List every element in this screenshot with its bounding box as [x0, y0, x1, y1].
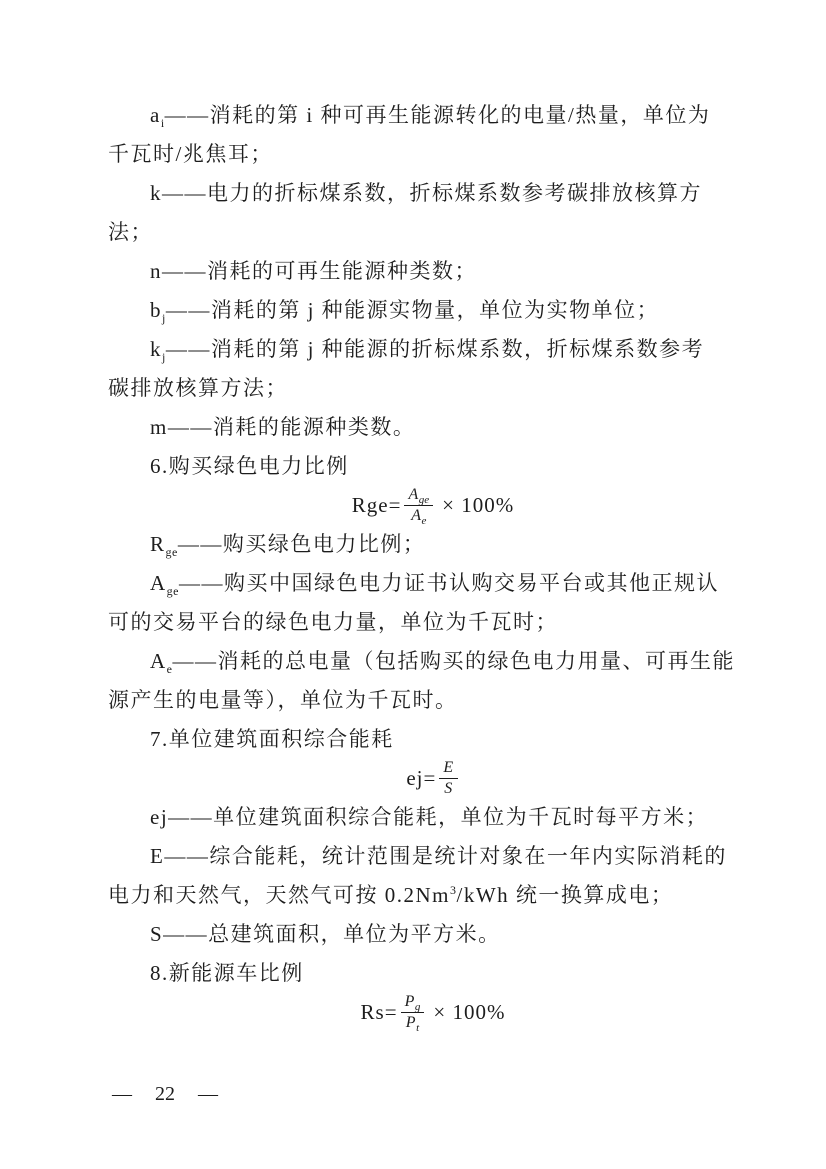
def-line-ae: Ae——消耗的总电量（包括购买的绿色电力用量、可再生能	[108, 642, 758, 681]
def-line-e: E——综合能耗，统计范围是统计对象在一年内实际消耗的	[108, 837, 758, 876]
text-run: n——消耗的可再生能源种类数；	[150, 259, 477, 283]
text-run: 电力和天然气，天然气可按 0.2Nm	[108, 883, 450, 907]
fraction: ES	[439, 758, 457, 799]
def-line-m: m——消耗的能源种类数。	[108, 408, 758, 447]
text-run: ——消耗的第 j 种能源实物量，单位为实物单位；	[166, 298, 659, 322]
section-heading-6: 6.购买绿色电力比例	[108, 447, 758, 486]
subscript-run: ge	[167, 584, 179, 598]
text-run: ej——单位建筑面积综合能耗，单位为千瓦时每平方米；	[150, 805, 708, 829]
def-line-e-cont: 电力和天然气，天然气可按 0.2Nm3/kWh 统一换算成电；	[108, 876, 758, 915]
def-line-bj: bj——消耗的第 j 种能源实物量，单位为实物单位；	[108, 291, 758, 330]
fraction-denominator: Ae	[407, 506, 430, 526]
def-line-age: Age——购买中国绿色电力证书认购交易平台或其他正规认	[108, 564, 758, 603]
text-run: ——消耗的总电量（包括购买的绿色电力用量、可再生能	[173, 649, 736, 673]
formula-rhs: × 100%	[442, 486, 514, 525]
text-run: R	[150, 532, 166, 556]
formula-energy-per-area: ej=ES	[108, 759, 758, 798]
text-run: E——综合能耗，统计范围是统计对象在一年内实际消耗的	[150, 844, 727, 868]
def-line-ae-cont: 源产生的电量等），单位为千瓦时。	[108, 681, 758, 720]
text-run: 法；	[108, 220, 153, 244]
fraction-numerator: Age	[404, 485, 433, 506]
text-run: ——消耗的第 j 种能源的折标煤系数，折标煤系数参考	[166, 337, 704, 361]
page-footer: — 22 —	[112, 1083, 218, 1106]
numerator-subscript: ge	[419, 494, 429, 506]
footer-dash-left: —	[112, 1083, 132, 1106]
text-run: m——消耗的能源种类数。	[150, 415, 415, 439]
document-body: ai——消耗的第 i 种可再生能源转化的电量/热量，单位为千瓦时/兆焦耳；k——…	[108, 96, 758, 1032]
formula-lhs: Rs=	[361, 993, 398, 1032]
text-run: k——电力的折标煤系数，折标煤系数参考碳排放核算方	[150, 181, 702, 205]
denominator-subscript: t	[416, 1022, 419, 1034]
text-run: /kWh 统一换算成电；	[457, 883, 674, 907]
page-number: 22	[155, 1083, 175, 1106]
text-run: 6.购买绿色电力比例	[150, 454, 349, 478]
text-run: a	[150, 103, 161, 127]
fraction-denominator: S	[440, 779, 457, 799]
def-line-s: S——总建筑面积，单位为平方米。	[108, 915, 758, 954]
section-heading-7: 7.单位建筑面积综合能耗	[108, 720, 758, 759]
def-line-n: n——消耗的可再生能源种类数；	[108, 252, 758, 291]
text-run: A	[150, 571, 167, 595]
text-run: 千瓦时/兆焦耳；	[108, 142, 273, 166]
text-run: ——购买绿色电力比例；	[178, 532, 426, 556]
def-line-ai: ai——消耗的第 i 种可再生能源转化的电量/热量，单位为	[108, 96, 758, 135]
text-run: b	[150, 298, 162, 322]
footer-dash-right: —	[198, 1083, 218, 1106]
text-run: 可的交易平台的绿色电力量，单位为千瓦时；	[108, 610, 558, 634]
text-run: 8.新能源车比例	[150, 961, 304, 985]
formula-green-power-ratio: Rge=AgeAe× 100%	[108, 486, 758, 525]
def-line-ej: ej——单位建筑面积综合能耗，单位为千瓦时每平方米；	[108, 798, 758, 837]
def-line-rge: Rge——购买绿色电力比例；	[108, 525, 758, 564]
text-run: ——消耗的第 i 种可再生能源转化的电量/热量，单位为	[165, 103, 711, 127]
text-run: 源产生的电量等），单位为千瓦时。	[108, 688, 458, 712]
fraction-numerator: Pg	[401, 992, 425, 1013]
fraction-denominator: Pt	[402, 1013, 423, 1033]
text-run: S——总建筑面积，单位为平方米。	[150, 922, 501, 946]
formula-lhs: Rge=	[352, 486, 402, 525]
def-line-k-cont: 法；	[108, 213, 758, 252]
text-run: ——购买中国绿色电力证书认购交易平台或其他正规认	[179, 571, 719, 595]
fraction: AgeAe	[404, 485, 433, 526]
def-line-k: k——电力的折标煤系数，折标煤系数参考碳排放核算方	[108, 174, 758, 213]
def-line-age-cont: 可的交易平台的绿色电力量，单位为千瓦时；	[108, 603, 758, 642]
fraction-numerator: E	[439, 758, 457, 779]
def-line-kj: kj——消耗的第 j 种能源的折标煤系数，折标煤系数参考	[108, 330, 758, 369]
text-run: k	[150, 337, 162, 361]
formula-nev-ratio: Rs=PgPt× 100%	[108, 993, 758, 1032]
section-heading-8: 8.新能源车比例	[108, 954, 758, 993]
text-run: 碳排放核算方法；	[108, 376, 288, 400]
subscript-run: ge	[166, 545, 178, 559]
formula-lhs: ej=	[406, 759, 436, 798]
document-page: ai——消耗的第 i 种可再生能源转化的电量/热量，单位为千瓦时/兆焦耳；k——…	[0, 0, 826, 1169]
numerator-subscript: g	[415, 1001, 421, 1013]
def-line-ai-cont: 千瓦时/兆焦耳；	[108, 135, 758, 174]
text-run: A	[150, 649, 167, 673]
fraction: PgPt	[401, 992, 425, 1033]
def-line-kj-cont: 碳排放核算方法；	[108, 369, 758, 408]
text-run: 7.单位建筑面积综合能耗	[150, 727, 394, 751]
formula-rhs: × 100%	[433, 993, 505, 1032]
